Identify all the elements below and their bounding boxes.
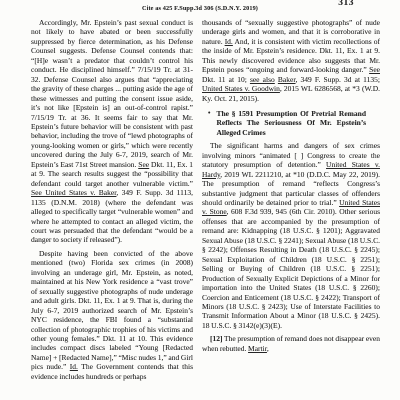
running-head: U.S. v. EPSTEIN Cite as 425 F.Supp.3d 30…	[0, 0, 400, 13]
text-run: , 608 F.3d 939, 945 (6th Cir. 2010). Oth…	[202, 207, 380, 329]
paragraph: Accordingly, Mr. Epstein’s past sexual c…	[31, 18, 193, 245]
paragraph: The significant harms and dangers of sex…	[202, 141, 380, 330]
text-run: Id.	[225, 37, 233, 46]
text-run: Martir	[248, 344, 267, 353]
left-column: Accordingly, Mr. Epstein’s past sexual c…	[31, 18, 193, 381]
text-run: See United States v. Baker	[31, 188, 116, 197]
text-run: United States v. Goodwin	[202, 84, 280, 93]
bullet-icon: •	[208, 109, 210, 137]
text-run: See	[138, 160, 149, 169]
text-run: [12]	[210, 334, 223, 343]
text-run: Accordingly, Mr. Epstein’s past sexual c…	[31, 18, 193, 169]
text-run: see also	[250, 75, 275, 84]
section-heading: •The § 1591 Presumption Of Pretrial Rema…	[208, 109, 380, 137]
text-run: Baker	[278, 75, 296, 84]
text-run: See	[369, 65, 380, 74]
reporter-page: U.S. v. EPSTEIN Cite as 425 F.Supp.3d 30…	[0, 0, 400, 400]
section-heading-text: The § 1591 Presumption Of Pretrial Reman…	[216, 109, 380, 137]
text-run: ,	[267, 344, 269, 353]
paragraph: Despite having been convicted of the abo…	[31, 249, 193, 381]
text-run: Id.	[70, 362, 78, 371]
text-run: Dkt. 11 at 10;	[202, 75, 250, 84]
paragraph: [12] The presumption of remand does not …	[202, 334, 380, 353]
two-column-text-body: Accordingly, Mr. Epstein’s past sexual c…	[31, 18, 381, 381]
text-run: The presumption of remand does not disap…	[202, 334, 380, 352]
right-column: thousands of “sexually suggestive photog…	[202, 18, 380, 381]
page-number: 313	[338, 0, 354, 8]
text-run: The § 1591 Presumption Of Pretrial Reman…	[216, 109, 366, 137]
paragraph: thousands of “sexually suggestive photog…	[202, 18, 380, 103]
text-run: Despite having been convicted of the abo…	[31, 249, 193, 371]
text-run: , 349 F. Supp. 3d at 1135;	[296, 75, 380, 84]
